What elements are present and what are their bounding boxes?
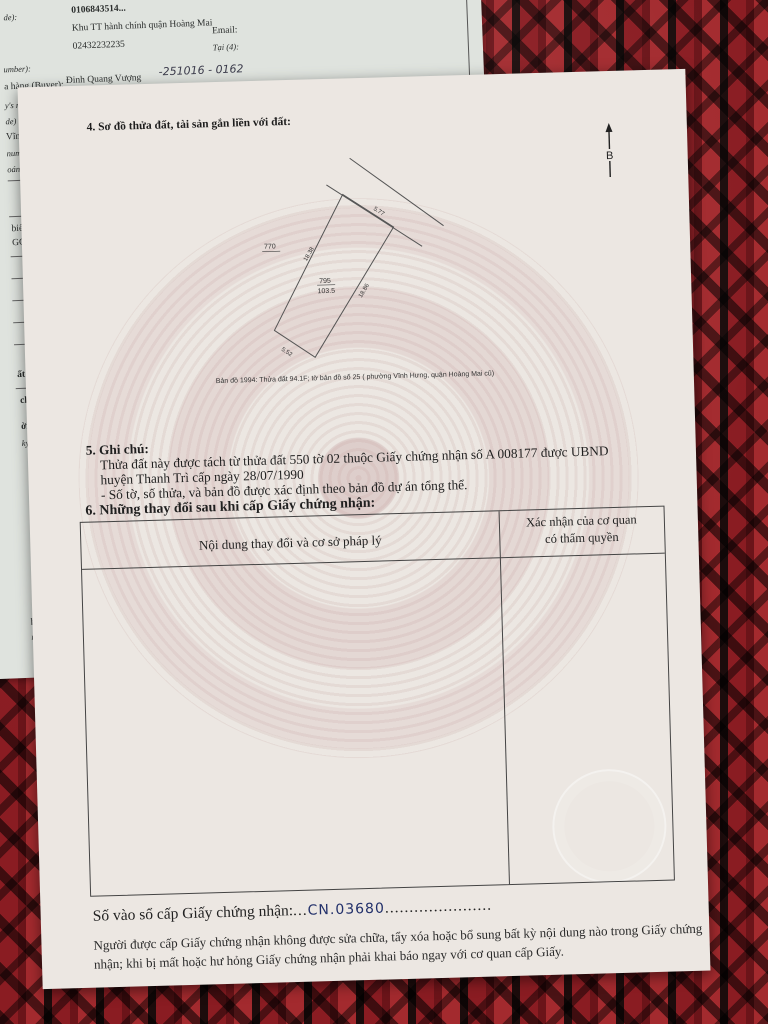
column-divider (499, 511, 510, 884)
invoice-phone: 02432232235 (72, 40, 125, 52)
parcel-sketch: 5.77 18.38 18.86 5.52 770 795 103.5 (199, 145, 476, 392)
invoice-address: Khu TT hành chính quận Hoàng Mai (72, 18, 213, 33)
parcel-number: 795 (319, 278, 331, 285)
registry-label: Số vào sổ cấp Giấy chứng nhận: (92, 902, 293, 925)
invoice-tax-code: 0106843514... (71, 4, 126, 16)
parcel-area: 103.5 (317, 288, 335, 295)
land-use-certificate-page: 4. Sơ đồ thửa đất, tài sản gắn liền với … (18, 69, 711, 989)
adjacent-parcel-number: 770 (264, 243, 276, 250)
invoice-label: umber): (3, 63, 31, 74)
north-arrow-icon: B (601, 123, 619, 179)
changes-table: Nội dung thay đổi và cơ sở pháp lý Xác n… (80, 506, 675, 897)
invoice-label: de): (3, 12, 17, 23)
edge-label-bottom: 5.52 (280, 347, 294, 359)
registry-number: CN.03680 (307, 901, 385, 919)
header-divider (82, 553, 665, 570)
handwritten-note: -251016 - 0162 (158, 62, 243, 78)
invoice-email-label: Email: (212, 25, 238, 36)
invoice-at-label: Tại (4): (213, 41, 240, 52)
column-header-line: có thẩm quyền (499, 528, 664, 550)
column-header-content: Nội dung thay đổi và cơ sở pháp lý (81, 529, 499, 557)
edge-label-top: 5.77 (372, 206, 386, 218)
section-4-title: 4. Sơ đồ thửa đất, tài sản gắn liền với … (87, 116, 292, 134)
north-label: B (606, 150, 614, 162)
registry-dots: ...................... (385, 897, 493, 917)
registry-number-line: Số vào sổ cấp Giấy chứng nhận:...CN.0368… (92, 897, 492, 926)
edge-label-right: 18.86 (358, 282, 371, 299)
certificate-warning: Người được cấp Giấy chứng nhận không đượ… (93, 918, 710, 973)
column-header-confirmation: Xác nhận của cơ quan có thẩm quyền (499, 511, 665, 550)
edge-label-left: 18.38 (303, 246, 316, 263)
registry-dots: ... (293, 902, 308, 919)
invoice-label: de) (5, 116, 16, 126)
